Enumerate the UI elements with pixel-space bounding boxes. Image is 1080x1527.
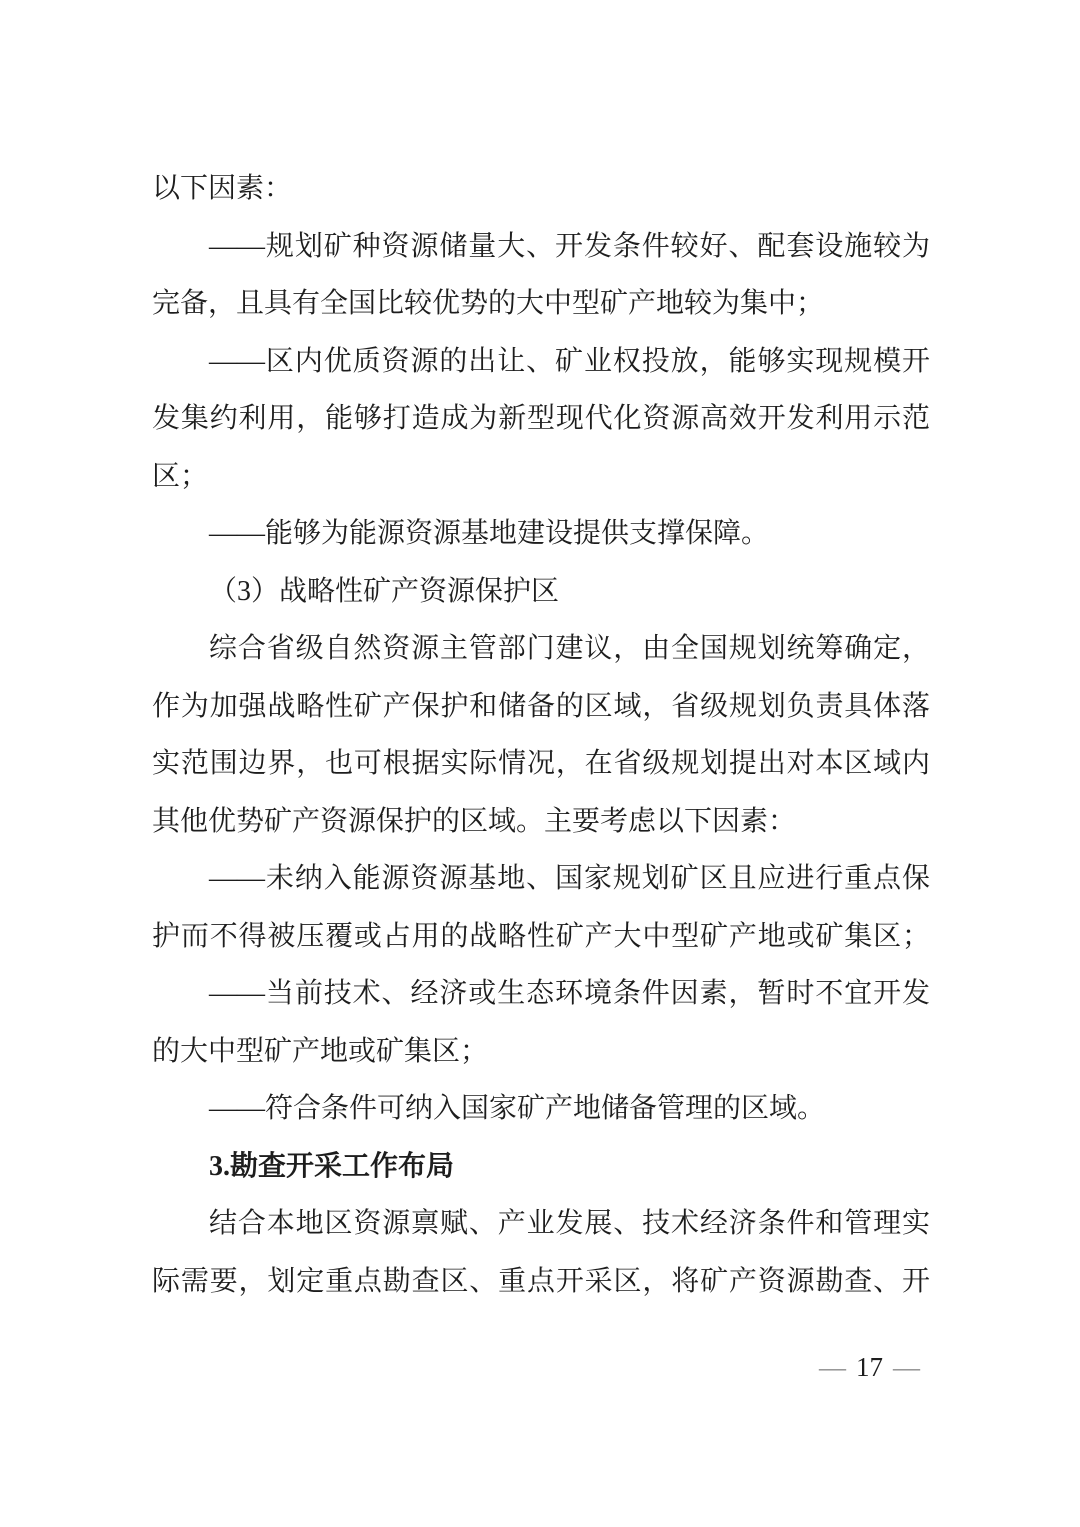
text-line: 完备，且具有全国比较优势的大中型矿产地较为集中；: [152, 275, 930, 333]
text-line: 3.勘查开采工作布局: [152, 1138, 930, 1196]
text-line: 其他优势矿产资源保护的区域。主要考虑以下因素：: [152, 793, 930, 851]
text-line: 的大中型矿产地或矿集区；: [152, 1023, 930, 1081]
text-line: 作为加强战略性矿产保护和储备的区域，省级规划负责具体落: [152, 678, 930, 736]
text-line: 护而不得被压覆或占用的战略性矿产大中型矿产地或矿集区；: [152, 908, 930, 966]
text-line: ——区内优质资源的出让、矿业权投放，能够实现规模开: [152, 333, 930, 391]
text-line: ——当前技术、经济或生态环境条件因素，暂时不宜开发: [152, 965, 930, 1023]
text-line: 实范围边界，也可根据实际情况，在省级规划提出对本区域内: [152, 735, 930, 793]
page-number: 17: [856, 1352, 883, 1382]
text-line: 综合省级自然资源主管部门建议，由全国规划统筹确定，: [152, 620, 930, 678]
text-line: 以下因素：: [152, 160, 930, 218]
text-line: 区；: [152, 448, 930, 506]
footer-right-dash: —: [893, 1352, 920, 1382]
text-line: 际需要，划定重点勘查区、重点开采区，将矿产资源勘查、开: [152, 1253, 930, 1311]
text-line: 发集约利用，能够打造成为新型现代化资源高效开发利用示范: [152, 390, 930, 448]
text-line: （3）战略性矿产资源保护区: [152, 563, 930, 621]
page-footer: —17—: [809, 1350, 930, 1384]
text-line: ——规划矿种资源储量大、开发条件较好、配套设施较为: [152, 218, 930, 276]
document-page: 以下因素：——规划矿种资源储量大、开发条件较好、配套设施较为完备，且具有全国比较…: [0, 0, 1080, 1527]
text-line: ——能够为能源资源基地建设提供支撑保障。: [152, 505, 930, 563]
text-line: 结合本地区资源禀赋、产业发展、技术经济条件和管理实: [152, 1195, 930, 1253]
text-line: ——未纳入能源资源基地、国家规划矿区且应进行重点保: [152, 850, 930, 908]
text-line: ——符合条件可纳入国家矿产地储备管理的区域。: [152, 1080, 930, 1138]
footer-left-dash: —: [819, 1352, 846, 1382]
document-body: 以下因素：——规划矿种资源储量大、开发条件较好、配套设施较为完备，且具有全国比较…: [152, 160, 930, 1310]
